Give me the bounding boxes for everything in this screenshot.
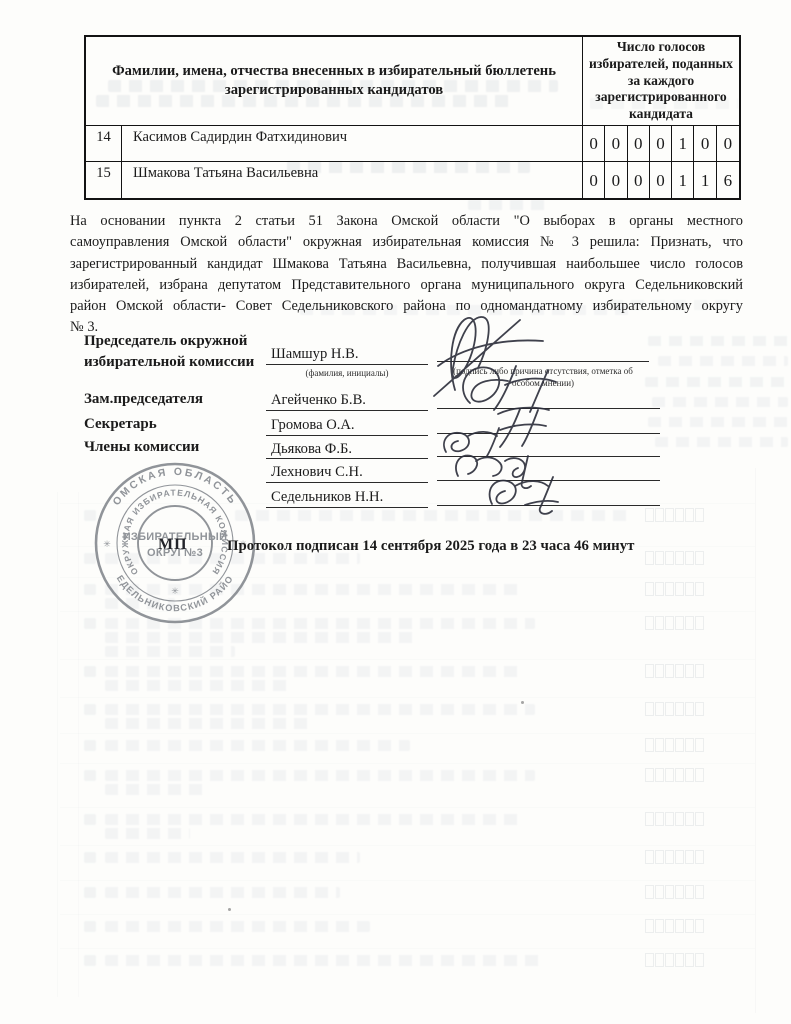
bleedthrough-rule	[60, 733, 755, 734]
vote-digit: 1	[694, 162, 716, 198]
bleedthrough-text	[235, 510, 630, 521]
vote-digit: 0	[628, 162, 650, 198]
bleedthrough-row-number	[84, 852, 96, 863]
bleedthrough-digit-box	[685, 738, 694, 752]
member-name: Лехнович С.Н.	[271, 464, 363, 481]
chairman-role-label: Председатель окружной избирательной коми…	[84, 331, 254, 373]
vote-digit: 1	[672, 126, 694, 161]
vote-digit: 6	[717, 162, 739, 198]
bleedthrough-digit-box	[685, 702, 694, 716]
bleedthrough-digit-box	[685, 551, 694, 565]
stamp-star-left: ✳	[103, 539, 111, 549]
signature-line	[437, 361, 649, 362]
name-line	[266, 435, 428, 436]
bleedthrough-digit-box	[665, 616, 674, 630]
bleedthrough-digit-box	[645, 702, 654, 716]
bleedthrough-digit-box	[695, 812, 704, 826]
bleedthrough-digit-box	[645, 812, 654, 826]
bleedthrough-text	[648, 417, 788, 427]
bleedthrough-digit-box	[675, 885, 684, 899]
bleedthrough-rule	[60, 697, 755, 698]
bleedthrough-rule	[60, 948, 755, 949]
bleedthrough-text	[105, 718, 310, 729]
bleedthrough-digit-box	[665, 582, 674, 596]
bleedthrough-text	[105, 704, 535, 715]
bleedthrough-digit-box	[655, 919, 664, 933]
bleedthrough-digit-box	[685, 616, 694, 630]
signature-hint-line2: особом мнении)	[437, 377, 649, 389]
candidate-name: Касимов Садирдин Фатхидинович	[122, 126, 583, 161]
bleedthrough-digit-box	[695, 768, 704, 782]
members-role-label: Члены комиссии	[84, 437, 199, 458]
votes-table: Фамилии, имена, отчества внесенных в изб…	[84, 35, 741, 200]
vote-digit: 0	[717, 126, 739, 161]
bleedthrough-digit-box	[665, 551, 674, 565]
signature-line	[437, 480, 660, 481]
scan-speck	[228, 908, 231, 911]
resolution-paragraph: На основании пункта 2 статьи 51 Закона О…	[70, 211, 743, 339]
bleedthrough-text	[105, 814, 525, 825]
bleedthrough-digit-box	[675, 919, 684, 933]
signature-hint: (подпись либо причина отсутствия, отметк…	[437, 365, 649, 389]
bleedthrough-rule	[60, 880, 755, 881]
bleedthrough-row-number	[84, 921, 96, 932]
bleedthrough-digit-box	[695, 582, 704, 596]
bleedthrough-text	[658, 356, 788, 366]
bleedthrough-digit-box	[665, 664, 674, 678]
bleedthrough-text	[468, 200, 546, 210]
bleedthrough-digit-box	[655, 768, 664, 782]
member-signature-3	[490, 477, 558, 514]
vote-digit: 0	[628, 126, 650, 161]
bleedthrough-text	[105, 646, 235, 657]
bleedthrough-text	[105, 921, 370, 932]
name-line	[266, 364, 428, 365]
name-line	[266, 507, 428, 508]
bleedthrough-digit-box	[675, 812, 684, 826]
bleedthrough-digit-box	[675, 738, 684, 752]
bleedthrough-text	[105, 666, 525, 677]
scan-speck	[521, 701, 524, 704]
row-number: 15	[86, 162, 122, 198]
bleedthrough-digit-box	[665, 812, 674, 826]
table-row: 15 Шмакова Татьяна Васильевна 0 0 0 0 1 …	[86, 161, 739, 198]
vote-digit: 0	[650, 126, 672, 161]
signature-line	[437, 433, 660, 434]
header-votes-cell: Число голосов избирателей, поданных за к…	[583, 37, 739, 125]
bleedthrough-row-number	[84, 770, 96, 781]
row-number: 14	[86, 126, 122, 161]
bleedthrough-digit-box	[695, 850, 704, 864]
seal-place-mark: МП	[158, 536, 188, 554]
vote-digit: 0	[650, 162, 672, 198]
bleedthrough-rule	[755, 468, 756, 1013]
bleedthrough-text	[105, 828, 190, 839]
bleedthrough-digit-box	[645, 508, 654, 522]
bleedthrough-text	[655, 437, 788, 447]
secretary-role-label: Секретарь	[84, 414, 157, 435]
bleedthrough-digit-box	[655, 664, 664, 678]
bleedthrough-rule	[78, 492, 79, 997]
bleedthrough-digit-box	[675, 508, 684, 522]
bleedthrough-digit-box	[645, 885, 654, 899]
bleedthrough-digit-box	[645, 850, 654, 864]
vote-digit: 0	[583, 126, 605, 161]
bleedthrough-digit-box	[685, 768, 694, 782]
bleedthrough-digit-box	[655, 812, 664, 826]
bleedthrough-digit-box	[645, 551, 654, 565]
bleedthrough-digit-box	[655, 738, 664, 752]
vote-digit: 0	[605, 126, 627, 161]
name-line	[266, 482, 428, 483]
bleedthrough-digit-box	[645, 919, 654, 933]
name-line	[266, 410, 428, 411]
bleedthrough-text	[105, 680, 290, 691]
bleedthrough-digit-box	[695, 664, 704, 678]
bleedthrough-digit-box	[685, 885, 694, 899]
resolution-line: На основании пункта 2 статьи 51 Закона О…	[70, 211, 743, 232]
bleedthrough-digit-box	[655, 885, 664, 899]
stamp-star-bottom: ✳	[171, 586, 179, 596]
bleedthrough-digit-box	[655, 582, 664, 596]
bleedthrough-rule	[60, 763, 755, 764]
resolution-line: избирателей, избрана депутатом Представи…	[70, 275, 743, 296]
vote-digit: 0	[694, 126, 716, 161]
bleedthrough-digit-box	[645, 738, 654, 752]
bleedthrough-rule	[60, 807, 755, 808]
bleedthrough-digit-box	[645, 953, 654, 967]
bleedthrough-text	[105, 784, 210, 795]
deputy-role-label: Зам.председателя	[84, 389, 203, 410]
bleedthrough-rule	[60, 914, 755, 915]
bleedthrough-text	[652, 397, 788, 407]
bleedthrough-digit-box	[655, 508, 664, 522]
candidate-name: Шмакова Татьяна Васильевна	[122, 162, 583, 198]
bleedthrough-digit-box	[695, 616, 704, 630]
bleedthrough-digit-box	[685, 664, 694, 678]
bleedthrough-digit-box	[655, 616, 664, 630]
bleedthrough-digit-box	[685, 850, 694, 864]
bleedthrough-row-number	[84, 955, 96, 966]
protocol-signed-line: Протокол подписан 14 сентября 2025 года …	[227, 538, 634, 555]
resolution-line: самоуправления Омской области" окружная …	[70, 232, 743, 253]
bleedthrough-digit-box	[645, 664, 654, 678]
resolution-line: район Омской области- Совет Седельниковс…	[70, 296, 743, 317]
bleedthrough-text	[105, 740, 410, 751]
signature-line	[437, 456, 660, 457]
bleedthrough-digit-box	[655, 702, 664, 716]
bleedthrough-digit-box	[655, 953, 664, 967]
svg-text:ОМСКАЯ ОБЛАСТЬ: ОМСКАЯ ОБЛАСТЬ	[111, 466, 240, 508]
bleedthrough-digit-box	[675, 582, 684, 596]
signature-hint-line1: (подпись либо причина отсутствия, отметк…	[437, 365, 649, 377]
bleedthrough-digit-box	[695, 953, 704, 967]
bleedthrough-rule	[60, 845, 755, 846]
signature-line	[437, 505, 660, 506]
bleedthrough-rule	[57, 492, 58, 997]
chairman-name: Шамшур Н.В.	[271, 346, 358, 363]
bleedthrough-digit-box	[695, 885, 704, 899]
protocol-scan-page: Фамилии, имена, отчества внесенных в изб…	[0, 0, 791, 1024]
vote-digit: 0	[605, 162, 627, 198]
bleedthrough-digit-box	[685, 508, 694, 522]
bleedthrough-rule	[60, 659, 755, 660]
secretary-name: Громова О.А.	[271, 417, 355, 434]
bleedthrough-text	[105, 887, 340, 898]
member-name: Дьякова Ф.Б.	[271, 441, 352, 458]
chairman-role-line2: избирательной комиссии	[84, 352, 254, 373]
bleedthrough-digit-box	[695, 551, 704, 565]
bleedthrough-row-number	[84, 740, 96, 751]
bleedthrough-digit-box	[675, 768, 684, 782]
bleedthrough-digit-box	[695, 702, 704, 716]
bleedthrough-digit-box	[665, 850, 674, 864]
bleedthrough-text	[105, 955, 540, 966]
bleedthrough-digit-box	[675, 702, 684, 716]
member-name: Седельников Н.Н.	[271, 489, 383, 506]
bleedthrough-text	[105, 632, 415, 643]
bleedthrough-text	[105, 770, 535, 781]
bleedthrough-digit-box	[675, 664, 684, 678]
bleedthrough-digit-box	[685, 812, 694, 826]
bleedthrough-digit-box	[665, 702, 674, 716]
bleedthrough-digit-box	[675, 616, 684, 630]
bleedthrough-digit-box	[655, 551, 664, 565]
bleedthrough-digit-box	[645, 768, 654, 782]
signature-line	[437, 408, 660, 409]
votes-table-header: Фамилии, имена, отчества внесенных в изб…	[86, 37, 739, 125]
bleedthrough-digit-box	[685, 582, 694, 596]
chairman-role-line1: Председатель окружной	[84, 331, 254, 352]
bleedthrough-row-number	[84, 666, 96, 677]
bleedthrough-digit-box	[695, 508, 704, 522]
table-row: 14 Касимов Садирдин Фатхидинович 0 0 0 0…	[86, 125, 739, 161]
bleedthrough-digit-box	[695, 738, 704, 752]
bleedthrough-digit-box	[695, 919, 704, 933]
resolution-line: зарегистрированный кандидат Шмакова Тать…	[70, 254, 743, 275]
bleedthrough-row-number	[84, 814, 96, 825]
bleedthrough-text	[105, 852, 360, 863]
bleedthrough-digit-box	[685, 919, 694, 933]
bleedthrough-digit-box	[665, 885, 674, 899]
bleedthrough-digit-box	[665, 768, 674, 782]
name-hint: (фамилия, инициалы)	[266, 367, 428, 379]
secretary-signature	[498, 408, 549, 447]
name-line	[266, 458, 428, 459]
bleedthrough-digit-box	[665, 953, 674, 967]
bleedthrough-text	[645, 377, 788, 387]
bleedthrough-row-number	[84, 704, 96, 715]
member-signature-2	[456, 456, 531, 489]
deputy-name: Агейченко Б.В.	[271, 392, 366, 409]
bleedthrough-digit-box	[675, 551, 684, 565]
bleedthrough-digit-box	[665, 508, 674, 522]
bleedthrough-digit-box	[685, 953, 694, 967]
bleedthrough-digit-box	[675, 850, 684, 864]
header-candidates-cell: Фамилии, имена, отчества внесенных в изб…	[86, 37, 583, 125]
bleedthrough-digit-box	[665, 919, 674, 933]
stamp-outer-top-text: ОМСКАЯ ОБЛАСТЬ	[111, 466, 240, 508]
vote-digit: 1	[672, 162, 694, 198]
bleedthrough-digit-box	[645, 616, 654, 630]
bleedthrough-digit-box	[655, 850, 664, 864]
bleedthrough-digit-box	[665, 738, 674, 752]
bleedthrough-row-number	[84, 887, 96, 898]
vote-digit: 0	[583, 162, 605, 198]
bleedthrough-digit-box	[645, 582, 654, 596]
bleedthrough-digit-box	[675, 953, 684, 967]
